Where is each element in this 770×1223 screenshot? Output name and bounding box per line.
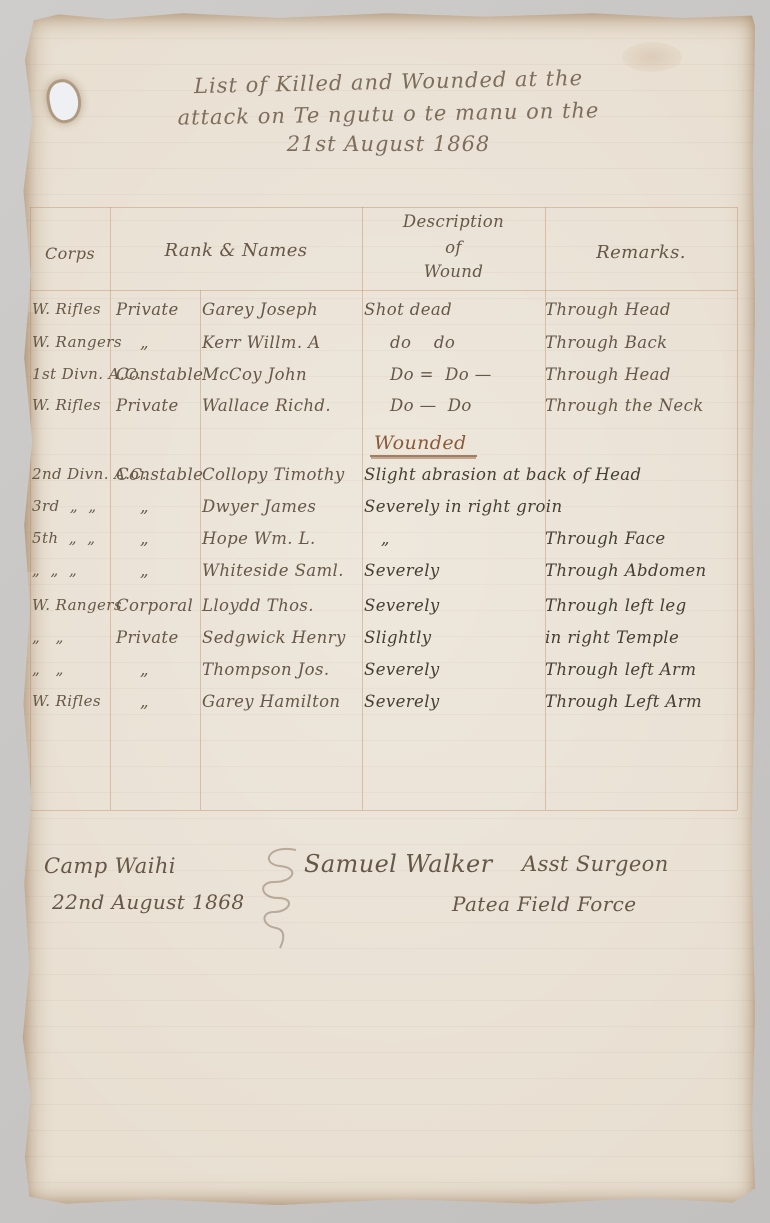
table-row: W. Rifles Private Garey Joseph Shot dead… <box>30 300 737 330</box>
cell-name: Whiteside Saml. <box>202 561 364 580</box>
header-wound-line-3: Wound <box>362 262 545 281</box>
manuscript-page: List of Killed and Wounded at the attack… <box>22 12 755 1205</box>
table-row: W. Rangers Corporal Lloydd Thos. Severel… <box>30 596 737 626</box>
cell-corps: 5th „ „ <box>32 529 112 547</box>
cell-wound: Shot dead <box>364 300 547 319</box>
cell-name: Hope Wm. L. <box>202 529 364 548</box>
table-row: W. Rifles Private Wallace Richd. Do — Do… <box>30 396 737 426</box>
header-corps: Corps <box>30 244 110 263</box>
table-row: „ „ „ Thompson Jos. Severely Through lef… <box>30 660 737 690</box>
table-row: „ „ „ „ Whiteside Saml. Severely Through… <box>30 561 737 591</box>
table-row: 5th „ „ „ Hope Wm. L. „ Through Face <box>30 529 737 559</box>
title-line-2: attack on Te ngutu o te manu on the <box>22 96 755 133</box>
cell-name: Lloydd Thos. <box>202 596 364 615</box>
cell-name: Kerr Willm. A <box>202 333 364 352</box>
table-row: W. Rifles „ Garey Hamilton Severely Thro… <box>30 692 737 722</box>
table-row: W. Rangers „ Kerr Willm. A do do Through… <box>30 333 737 363</box>
cell-wound: „ <box>364 529 547 548</box>
cell-wound: Severely <box>364 596 547 615</box>
cell-corps: W. Rangers <box>32 596 112 614</box>
cell-rank: Private <box>116 628 206 647</box>
cell-name: Collopy Timothy <box>202 465 364 484</box>
cell-remarks: Through Abdomen <box>545 561 737 580</box>
cell-wound: Severely <box>364 660 547 679</box>
cell-corps: „ „ „ <box>32 561 112 579</box>
cell-name: McCoy John <box>202 365 364 384</box>
cell-corps: W. Rifles <box>32 692 112 710</box>
table-row: „ „ Private Sedgwick Henry Slightly in r… <box>30 628 737 658</box>
cell-rank: Constable <box>116 365 206 384</box>
cell-wound: Slight abrasion at back of Head <box>364 465 547 484</box>
cell-corps: W. Rifles <box>32 396 112 414</box>
signature-block: Camp Waihi 22nd August 1868 Samuel Walke… <box>22 842 755 962</box>
signature-unit: Patea Field Force <box>452 892 637 916</box>
table-grid-line <box>30 290 737 291</box>
cell-remarks: Through Head <box>545 300 737 319</box>
section-heading-wounded: Wounded <box>370 432 477 457</box>
cell-remarks: Through Head <box>545 365 737 384</box>
header-wound-line-2: of <box>362 238 545 257</box>
table-grid-line <box>30 810 737 811</box>
cell-name: Garey Hamilton <box>202 692 364 711</box>
cell-remarks: Through left leg <box>545 596 737 615</box>
cell-rank: Private <box>116 300 206 319</box>
title-line-1: List of Killed and Wounded at the <box>22 62 755 101</box>
cell-corps: „ „ <box>32 660 112 678</box>
footer-date: 22nd August 1868 <box>52 890 244 914</box>
cell-name: Sedgwick Henry <box>202 628 364 647</box>
cell-wound: Slightly <box>364 628 547 647</box>
cell-rank: Corporal <box>116 596 206 615</box>
cell-corps: „ „ <box>32 628 112 646</box>
cell-wound: Severely in right groin <box>364 497 547 516</box>
cell-name: Garey Joseph <box>202 300 364 319</box>
pen-flourish <box>250 842 310 952</box>
cell-wound: Severely <box>364 561 547 580</box>
header-wound-line-1: Description <box>362 212 545 231</box>
cell-remarks: Through left Arm <box>545 660 737 679</box>
cell-remarks: Through Back <box>545 333 737 352</box>
cell-corps: 2nd Divn. A.C. <box>32 465 112 483</box>
signature-title: Asst Surgeon <box>522 852 669 876</box>
cell-corps: W. Rifles <box>32 300 112 318</box>
title-line-3: 21st August 1868 <box>22 132 755 156</box>
cell-wound: Severely <box>364 692 547 711</box>
header-remarks: Remarks. <box>545 242 737 263</box>
table-row: 1st Divn. A.C. Constable McCoy John Do =… <box>30 365 737 395</box>
table-row: 2nd Divn. A.C. Constable Collopy Timothy… <box>30 465 737 495</box>
cell-corps: 1st Divn. A.C. <box>32 365 112 383</box>
cell-name: Dwyer James <box>202 497 364 516</box>
cell-remarks: Through the Neck <box>545 396 737 415</box>
footer-place: Camp Waihi <box>44 854 176 878</box>
table-grid-line <box>30 207 737 208</box>
cell-corps: W. Rangers <box>32 333 112 351</box>
document-title: List of Killed and Wounded at the attack… <box>22 70 755 156</box>
cell-corps: 3rd „ „ <box>32 497 112 515</box>
cell-remarks: in right Temple <box>545 628 737 647</box>
cell-remarks: Through Face <box>545 529 737 548</box>
cell-remarks: Through Left Arm <box>545 692 737 711</box>
cell-rank: Constable <box>116 465 206 484</box>
header-rank-names: Rank & Names <box>110 240 362 261</box>
cell-name: Thompson Jos. <box>202 660 364 679</box>
cell-rank: Private <box>116 396 206 415</box>
table-row: 3rd „ „ „ Dwyer James Severely in right … <box>30 497 737 527</box>
signature: Samuel Walker <box>304 850 492 878</box>
cell-name: Wallace Richd. <box>202 396 364 415</box>
table-grid-line <box>737 207 738 810</box>
